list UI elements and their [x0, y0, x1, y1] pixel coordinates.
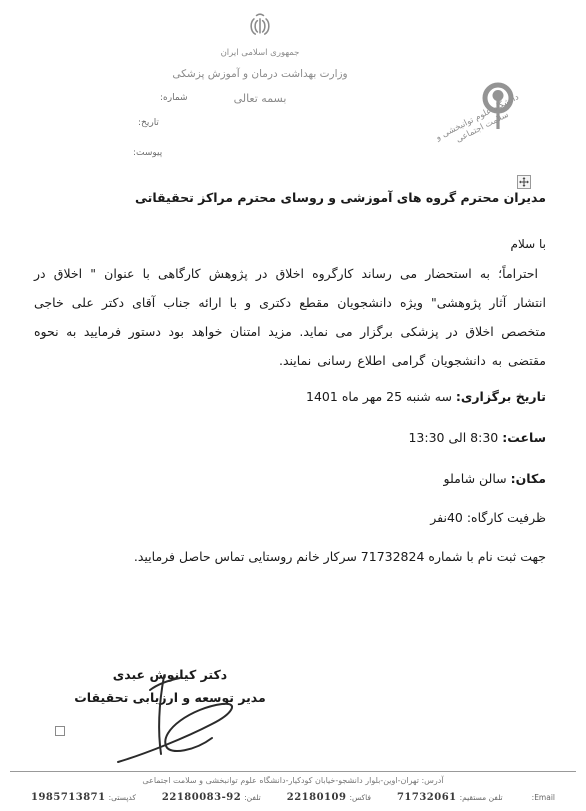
detail-date-label: تاریخ برگزاری:	[456, 389, 546, 404]
ministry-name: وزارت بهداشت درمان و آموزش پزشکی	[110, 68, 410, 80]
detail-time: ساعت: 8:30 الی 13:30	[34, 430, 546, 445]
footer-address: آدرس: تهران-اوین-بلوار دانشجو-خیابان کود…	[0, 776, 586, 785]
letter-page: جمهوری اسلامی ایران وزارت بهداشت درمان و…	[0, 0, 586, 811]
signature-scribble	[100, 668, 260, 773]
checkbox[interactable]	[55, 726, 65, 736]
contact-postal-code: کدپستی: 1985713871	[31, 792, 136, 803]
phone-label: تلفن:	[244, 793, 261, 802]
postal-code-value: 1985713871	[31, 792, 106, 803]
email-label: Email:	[532, 793, 555, 802]
detail-capacity-label: ظرفیت کارگاه:	[467, 510, 546, 525]
letter-number-label: شماره:	[160, 93, 188, 103]
recipient-heading: مدیران محترم گروه های آموزشی و روسای محت…	[120, 190, 546, 205]
detail-registration-value: جهت ثبت نام با شماره 71732824 سرکار خانم…	[134, 549, 546, 564]
salutation-text: با سلام	[511, 237, 546, 251]
detail-location-value: سالن شاملو	[443, 471, 506, 486]
contact-direct-phone: تلفن مستقیم: 71732061	[397, 792, 503, 803]
country-name: جمهوری اسلامی ایران	[110, 48, 410, 58]
fax-label: فاکس:	[349, 793, 371, 802]
contact-email: Email:	[529, 793, 555, 802]
detail-time-value: 8:30 الی 13:30	[408, 430, 498, 445]
detail-time-label: ساعت:	[502, 430, 546, 445]
footer-divider	[10, 771, 576, 772]
detail-capacity: ظرفیت کارگاه: 40نفر	[34, 510, 546, 525]
detail-registration: جهت ثبت نام با شماره 71732824 سرکار خانم…	[34, 549, 546, 564]
contact-fax: فاکس: 22180109	[287, 792, 371, 803]
letter-attachment-label: پیوست:	[133, 148, 162, 158]
detail-location-label: مکان:	[511, 471, 546, 486]
direct-phone-label: تلفن مستقیم:	[460, 793, 503, 802]
government-header: جمهوری اسلامی ایران وزارت بهداشت درمان و…	[110, 12, 410, 80]
postal-code-label: کدپستی:	[109, 793, 136, 802]
direct-phone-value: 71732061	[397, 792, 457, 803]
letter-date-label: تاریخ:	[138, 118, 159, 128]
table-move-handle-icon[interactable]	[517, 175, 531, 189]
iran-emblem-icon	[249, 12, 271, 42]
besmele-text: بسمه تعالی	[228, 92, 292, 105]
fax-value: 22180109	[287, 792, 347, 803]
detail-location: مکان: سالن شاملو	[34, 471, 546, 486]
footer-contacts: کدپستی: 1985713871 تلفن: 22180083-92 فاک…	[0, 792, 586, 803]
detail-date: تاریخ برگزاری: سه شنبه 25 مهر ماه 1401	[34, 389, 546, 404]
letter-body-paragraph: احتراماً؛ به استحضار می رساند کارگروه اخ…	[34, 259, 546, 375]
detail-capacity-value: 40نفر	[430, 510, 463, 525]
phone-value: 22180083-92	[162, 792, 241, 803]
detail-date-value: سه شنبه 25 مهر ماه 1401	[306, 389, 452, 404]
contact-phone: تلفن: 22180083-92	[162, 792, 261, 803]
